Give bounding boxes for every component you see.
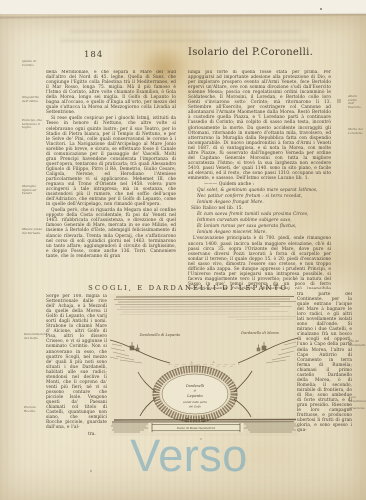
scanned-book-page: 184 Isolario del P.Coronelli. della Meri… <box>0 0 366 500</box>
section-heading: SCOGLI, E DARDANELLI DI LEPANTO. <box>46 284 334 292</box>
quote-intro: ——— Quidem anche : <box>188 182 331 187</box>
margin-note: Muraglia rifatta da' Veneti. <box>22 185 45 196</box>
verse-line: Isthmon curvatum sublime subigere saxo, <box>188 218 331 223</box>
narrow-right-column: tra parte del Continente, per la quale e… <box>297 292 352 444</box>
margin-note: Picciole Rocche. <box>24 406 47 413</box>
verse-line: Et Ionium rursus per saxa generata fluct… <box>188 224 331 229</box>
paragraph: L'escavazione principiata è di 700. pied… <box>188 236 331 289</box>
margin-note: Altare eretto dall' Esercito. <box>348 95 364 109</box>
margin-note: Morte del Loredano. <box>348 128 364 135</box>
plate-tone <box>110 294 298 436</box>
cartouche-line: Dardanelli <box>185 384 204 388</box>
paragraph: tra parte del Continente, per la quale e… <box>297 292 352 433</box>
margin-note: Quella di Corinto. <box>22 60 45 67</box>
left-text-column: della Meridionale, e che separa il Mare … <box>46 70 176 286</box>
paragraph: Si rese quello cospicuo per i giuochi Is… <box>46 116 176 207</box>
engraving-label-left: Dardanello di Lepanto <box>139 333 182 337</box>
margin-note: Loro denominazione, e situazione. <box>349 396 365 410</box>
verse-line: Qui solet, & geminum quando mare separat… <box>188 188 331 193</box>
verse-line: Ionium Aegaeo misceret Mare. <box>188 230 331 235</box>
cartouche-line: del Golfo <box>189 405 202 409</box>
paragraph: Quella però, che si riguarda da Megara s… <box>46 208 176 258</box>
page-number: 184 <box>84 50 103 60</box>
cartouche-line: veduti dalla parte <box>183 400 208 404</box>
lepanto-engraving: Dardanello di Lepanto Dardanello di More… <box>110 294 298 436</box>
show-through-text <box>60 39 310 42</box>
narrow-left-column: Sorge per 100. miglia la Settentrionale … <box>46 294 107 434</box>
right-text-column: lunga più forte di quella fosse stata pe… <box>188 70 331 289</box>
verse-line: Et cum saeva fremit tumidi vada proxima … <box>188 212 331 217</box>
verse-line: Nec patitur conferre fretum : si terra r… <box>188 194 331 199</box>
margin-note: Prencipi, che tentarono il taglio. <box>22 119 45 130</box>
show-through-text <box>70 30 300 33</box>
paragraph: della Meridionale, e che separa il Mare … <box>46 70 176 115</box>
cartouche-line: Lepanto <box>186 393 203 398</box>
paragraph: Sorge per 100. miglia la Settentrionale … <box>46 294 107 430</box>
paragraph: lunga più forte di quella fosse stata pe… <box>188 70 331 181</box>
margin-note: Singolarità dell' Istmo. <box>22 96 45 103</box>
verse-line: Ionium Aegaeo frangat Mare. <box>188 200 331 205</box>
verse-reference: Silio Italico nel lib. 15. <box>188 206 331 211</box>
margin-note: Denominazioni del Golfo. <box>24 333 47 340</box>
running-title: Isolario del P.Coronelli. <box>188 47 313 58</box>
engraving-label-right: Dardanello di Morea <box>240 331 279 335</box>
margin-note: Più de' Dardanelli. <box>349 340 365 347</box>
verso-watermark: Verso <box>12 430 366 482</box>
paper-specks <box>320 8 322 10</box>
margin-note: Misure prese dal Verneda. <box>22 228 45 235</box>
